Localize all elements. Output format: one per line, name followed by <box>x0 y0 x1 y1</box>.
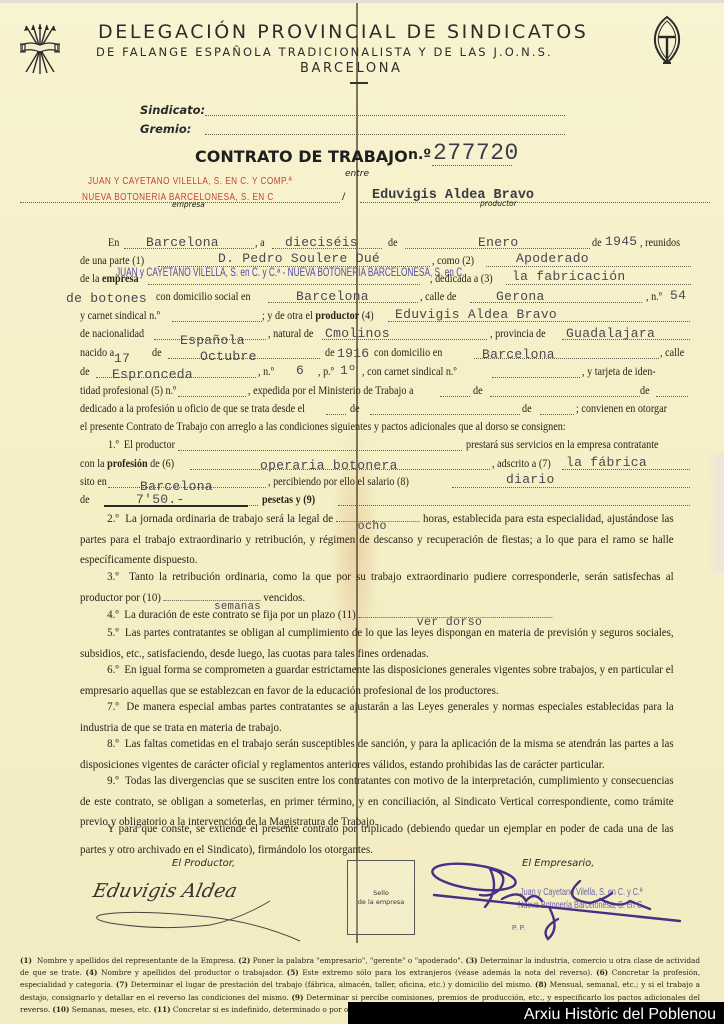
field-salary-type: diario <box>506 472 555 487</box>
label-piso: , p.º <box>318 366 334 378</box>
label-domicilio: con domicilio en <box>374 347 442 359</box>
sindicato-emblem-icon <box>652 15 682 67</box>
label-de: de <box>350 403 360 415</box>
label-de: de <box>640 385 650 397</box>
field-line <box>492 377 580 378</box>
label-carnet-sindical: y carnet sindical n.º <box>80 310 160 322</box>
clause-8: 8.º Las faltas cometidas en el trabajo s… <box>80 734 674 775</box>
label-de: de <box>152 347 162 359</box>
field-industry: la fabricación <box>512 269 625 284</box>
field-day: dieciséis <box>285 235 358 250</box>
field-home-floor: 1º <box>340 363 356 378</box>
label-percibiendo: , percibiendo por ello el salario (8) <box>268 476 409 488</box>
field-line <box>370 414 520 415</box>
label-adscrito: , adscrito a (7) <box>492 458 551 470</box>
field-line <box>178 450 462 451</box>
gremio-field[interactable] <box>205 134 565 135</box>
clause-3: 3.º Tanto la retribución ordinaria, como… <box>80 567 674 608</box>
productor-signature-label: El Productor, <box>172 858 235 869</box>
label-como: , como (2) <box>432 255 474 267</box>
entre-caption: entre <box>345 169 369 179</box>
sindicato-field[interactable] <box>205 115 565 116</box>
label-de: de <box>80 366 90 378</box>
label-reunidos: , reunidos <box>640 237 680 249</box>
field-line <box>490 396 640 397</box>
field-home-city: Barcelona <box>482 347 555 362</box>
clause-1: 1.º El productor <box>108 439 175 451</box>
field-line <box>452 487 690 488</box>
field-line <box>172 321 262 322</box>
closing-statement: Y para que conste, se extiende el presen… <box>80 819 674 860</box>
party-separator: / <box>342 189 345 204</box>
field-company-street: Gerona <box>496 289 545 304</box>
field-productor-name: Eduvigis Aldea Bravo <box>395 307 557 322</box>
gremio-label: Gremio: <box>140 122 191 136</box>
label-expedida: , expedida por el Ministerio de Trabajo … <box>248 385 413 397</box>
label-calle: , calle <box>660 347 684 359</box>
label-domicilio-social: con domicilio social en <box>156 291 251 303</box>
label-sito: sito en <box>80 476 107 488</box>
field-place: Barcelona <box>146 235 219 250</box>
paper-tear <box>706 453 724 573</box>
contract-number-line <box>432 165 512 166</box>
clause-5: 5.º Las partes contratantes se obligan a… <box>80 623 674 664</box>
field-line <box>326 414 346 415</box>
field-workplace: la fábrica <box>566 455 647 470</box>
label-tarjeta-profesional: tidad profesional (5) n.º <box>80 385 176 397</box>
field-industry-cont: de botones <box>66 291 147 306</box>
clause-2: 2.º La jornada ordinaria de trabajo será… <box>80 509 674 571</box>
productor-signature: Eduvigis Aldea <box>90 869 310 944</box>
productor-caption: productor <box>480 199 517 208</box>
field-birth-day: 17 <box>114 351 130 366</box>
label-a: , a <box>255 237 265 249</box>
clause-7: 7.º De manera especial ambas partes cont… <box>80 697 674 738</box>
company-stamp-line1: JUAN Y CAYETANO VILELLA, S. EN C. Y COMP… <box>88 175 292 187</box>
field-salary-amount: 7'50.- <box>136 492 185 507</box>
field-birth-month: Octubre <box>200 349 257 364</box>
company-stamp-violet: JUAN y CAYETANO VILELLA, S. en C. y C.ª … <box>116 267 464 279</box>
archive-watermark: Arxiu Històric del Poblenou <box>348 1002 724 1024</box>
label-provincia: , provincia de <box>490 328 546 340</box>
label-de: de <box>388 237 398 249</box>
seal-label: Sello <box>373 889 389 897</box>
field-profession: operaria botonera <box>260 458 398 473</box>
label-natural: , natural de <box>268 328 313 340</box>
contract-document: DELEGACIÓN PROVINCIAL DE SINDICATOS DE F… <box>0 0 724 1024</box>
field-representative: D. Pedro Soulere Dué <box>218 251 380 266</box>
field-role: Apoderado <box>516 251 589 266</box>
label-tarjeta: , y tarjeta de iden- <box>582 366 656 378</box>
empresa-caption: empresa <box>172 200 205 209</box>
label-nacido: nacido a <box>80 347 114 359</box>
label-numero: , n.º <box>258 366 274 378</box>
field-line <box>148 284 420 285</box>
field-year: 1945 <box>605 234 637 249</box>
field-company-number: 54 <box>670 288 686 303</box>
field-line <box>338 505 690 506</box>
company-seal-box: Sellode la empresa <box>347 860 415 935</box>
field-birth-year: 1916 <box>337 346 369 361</box>
contract-number: 277720 <box>433 140 519 166</box>
label-numero: , n.º <box>646 291 662 303</box>
label-calle: , calle de <box>420 291 456 303</box>
field-home-number: 6 <box>296 363 304 378</box>
seal-label-2: de la empresa <box>358 898 404 906</box>
field-line <box>506 284 691 285</box>
header-title: DELEGACIÓN PROVINCIAL DE SINDICATOS <box>98 21 588 43</box>
field-line <box>656 396 688 397</box>
field-line <box>540 414 574 415</box>
contract-number-label: n.º <box>408 147 431 163</box>
header-city: BARCELONA <box>300 61 403 76</box>
label-de-otra: ; y de otra el productor (4) <box>262 310 374 322</box>
label-de: de <box>522 403 532 415</box>
label-de: de <box>80 494 90 506</box>
label-dedicada: , dedicada a (3) <box>430 273 493 285</box>
clause-6: 6.º En igual forma se comprometen a guar… <box>80 660 674 701</box>
svg-text:Eduvigis Aldea: Eduvigis Aldea <box>90 879 239 902</box>
field-hours: ocho <box>358 516 387 537</box>
sindicato-label: Sindicato: <box>140 103 205 117</box>
field-birthplace: Cmolinos <box>325 326 390 341</box>
header-subtitle: DE FALANGE ESPAÑOLA TRADICIONALISTA Y DE… <box>96 45 553 59</box>
label-profesion: con la profesión de (6) <box>80 458 174 470</box>
label-de: de <box>325 347 335 359</box>
field-company-city: Barcelona <box>296 289 369 304</box>
label-de-una-parte: de una parte (1) <box>80 255 144 267</box>
label-en: En <box>108 237 119 249</box>
label-pesetas: pesetas y (9) <box>262 494 315 506</box>
field-line <box>486 266 691 267</box>
yoke-and-arrows-icon <box>20 23 60 75</box>
label-de: de <box>592 237 602 249</box>
field-home-street: Espronceda <box>112 367 193 382</box>
field-line <box>440 396 470 397</box>
page-title: CONTRATO DE TRABAJO <box>195 147 408 166</box>
field-line <box>178 396 246 397</box>
field-month: Enero <box>478 235 519 250</box>
label-dedicado: dedicado a la profesión u oficio de que … <box>80 403 305 415</box>
empresario-signature <box>430 859 690 949</box>
label-de: de <box>473 385 483 397</box>
field-province: Guadalajara <box>566 326 655 341</box>
label-prestara: prestará sus servicios en la empresa con… <box>466 439 659 451</box>
label-nacionalidad: de nacionalidad <box>80 328 144 340</box>
header-divider <box>350 82 368 84</box>
field-nationality: Española <box>180 333 245 348</box>
label-convienen: ; convienen en otorgar <box>576 403 667 415</box>
label-presente-contrato: el presente Contrato de Trabajo con arre… <box>80 421 566 433</box>
label-carnet-sindical: , con carnet sindical n.º <box>362 366 457 378</box>
